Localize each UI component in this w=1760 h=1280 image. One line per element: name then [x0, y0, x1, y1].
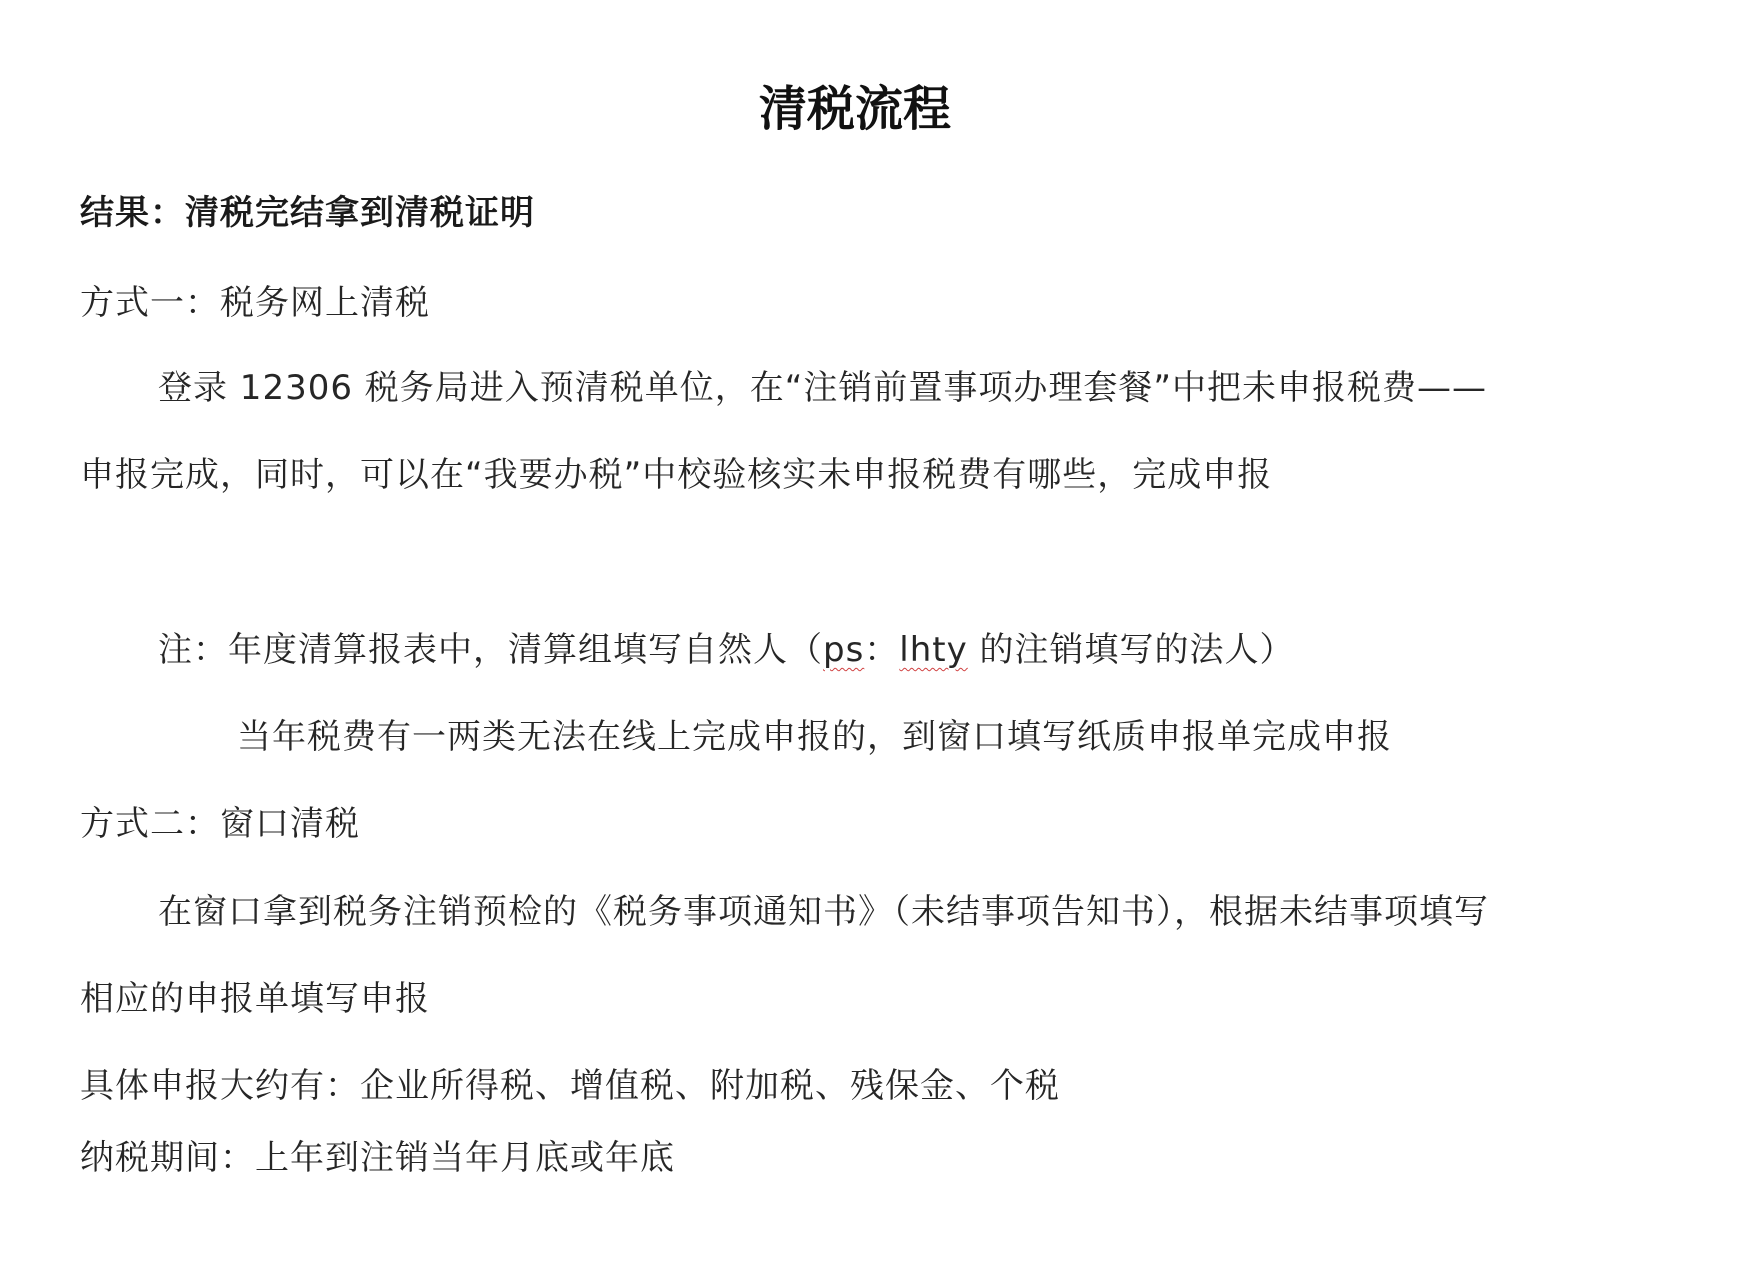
method1-paragraph-line2: 申报完成，同时，可以在“我要办税”中校验核实未申报税费有哪些，完成申报 [80, 453, 1272, 497]
method1-paragraph-line1: 登录 12306 税务局进入预清税单位，在“注销前置事项办理套餐”中把未申报税费… [158, 366, 1487, 410]
note-prefix: 注：年度清算报表中，清算组填写自然人（ [158, 630, 823, 670]
spellcheck-word-ps[interactable]: ps [823, 630, 864, 670]
tax-period: 纳税期间：上年到注销当年月底或年底 [80, 1136, 675, 1180]
spellcheck-word-lhty[interactable]: lhty [899, 630, 967, 670]
document-page: 清税流程 结果：清税完结拿到清税证明 方式一：税务网上清税 登录 12306 税… [0, 0, 1760, 1280]
method2-paragraph-line1: 在窗口拿到税务注销预检的《税务事项通知书》（未结事项告知书），根据未结事项填写 [158, 890, 1489, 934]
note-line2: 当年税费有一两类无法在线上完成申报的，到窗口填写纸质申报单完成申报 [237, 715, 1392, 759]
document-title: 清税流程 [0, 80, 1710, 138]
method2-paragraph-line2: 相应的申报单填写申报 [80, 977, 430, 1021]
result-line: 结果：清税完结拿到清税证明 [80, 191, 535, 235]
note-line: 注：年度清算报表中，清算组填写自然人（ps：lhty 的注销填写的法人） [158, 628, 1295, 672]
note-suffix: 的注销填写的法人） [968, 630, 1295, 670]
method2-heading: 方式二：窗口清税 [80, 802, 360, 846]
method1-heading: 方式一：税务网上清税 [80, 281, 430, 325]
note-colon: ： [864, 630, 899, 670]
declaration-types: 具体申报大约有：企业所得税、增值税、附加税、残保金、个税 [80, 1064, 1060, 1108]
